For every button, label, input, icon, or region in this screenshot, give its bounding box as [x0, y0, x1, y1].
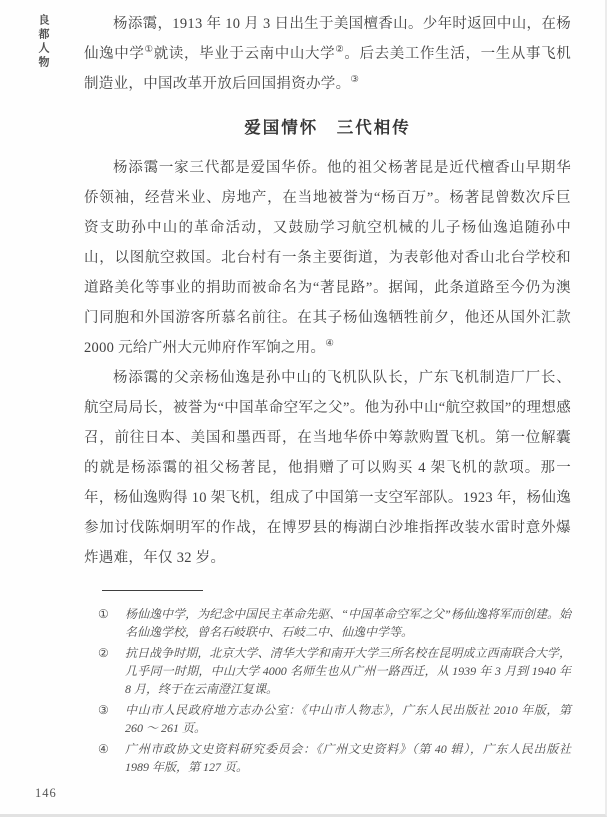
footnote-item: ① 杨仙逸中学，为纪念中国民主革命先驱、“中国革命空军之父”杨仙逸将军而创建。始… — [84, 605, 571, 641]
book-page: 良都人物 杨添霭，1913 年 10 月 3 日出生于美国檀香山。少年时返回中山… — [0, 0, 607, 817]
footnote-marker: ① — [98, 605, 109, 623]
footnote-text: 广州市政协文史资料研究委员会：《广州文史资料》（第 40 辑），广东人民出版社 … — [125, 742, 571, 774]
paragraph-intro: 杨添霭，1913 年 10 月 3 日出生于美国檀香山。少年时返回中山，在杨仙逸… — [84, 9, 571, 99]
footnote-ref-3: ③ — [350, 75, 359, 85]
footnote-list: ① 杨仙逸中学，为纪念中国民主革命先驱、“中国革命空军之父”杨仙逸将军而创建。始… — [84, 605, 571, 776]
page-number: 146 — [35, 786, 57, 801]
text-run: 就读，毕业于云南中山大学 — [154, 46, 336, 62]
footnote-text: 中山市人民政府地方志办公室：《中山市人物志》，广东人民出版社 2010 年版，第… — [125, 703, 571, 735]
chapter-margin-label: 良都人物 — [35, 14, 51, 70]
footnote-text: 抗日战争时期，北京大学、清华大学和南开大学三所名校在昆明成立西南联合大学，几乎同… — [125, 646, 571, 696]
page-body: 杨添霭，1913 年 10 月 3 日出生于美国檀香山。少年时返回中山，在杨仙逸… — [84, 9, 571, 779]
footnote-marker: ④ — [98, 740, 109, 758]
paragraph-father: 杨添霭的父亲杨仙逸是孙中山的飞机队队长，广东飞机制造厂厂长、航空局局长，被誉为“… — [84, 363, 571, 573]
text-run: 杨添霭的父亲杨仙逸是孙中山的飞机队队长，广东飞机制造厂厂长、航空局局长，被誉为“… — [84, 370, 571, 566]
footnote-text: 杨仙逸中学，为纪念中国民主革命先驱、“中国革命空军之父”杨仙逸将军而创建。始名仙… — [125, 607, 571, 639]
footnote-item: ③ 中山市人民政府地方志办公室：《中山市人物志》，广东人民出版社 2010 年版… — [84, 701, 571, 737]
footnote-item: ④ 广州市政协文史资料研究委员会：《广州文史资料》（第 40 辑），广东人民出版… — [84, 740, 571, 776]
footnote-ref-1: ① — [145, 45, 154, 55]
section-heading: 爱国情怀 三代相传 — [84, 114, 571, 142]
footnote-marker: ② — [98, 644, 109, 662]
footnote-ref-4: ④ — [325, 339, 334, 349]
text-run: 杨添霭一家三代都是爱国华侨。他的祖父杨著昆是近代檀香山早期华侨领袖，经营米业、房… — [84, 160, 571, 356]
footnote-separator — [102, 590, 203, 591]
paragraph-grandfather: 杨添霭一家三代都是爱国华侨。他的祖父杨著昆是近代檀香山早期华侨领袖，经营米业、房… — [84, 153, 571, 363]
footnote-item: ② 抗日战争时期，北京大学、清华大学和南开大学三所名校在昆明成立西南联合大学，几… — [84, 644, 571, 698]
footnote-marker: ③ — [98, 701, 109, 719]
